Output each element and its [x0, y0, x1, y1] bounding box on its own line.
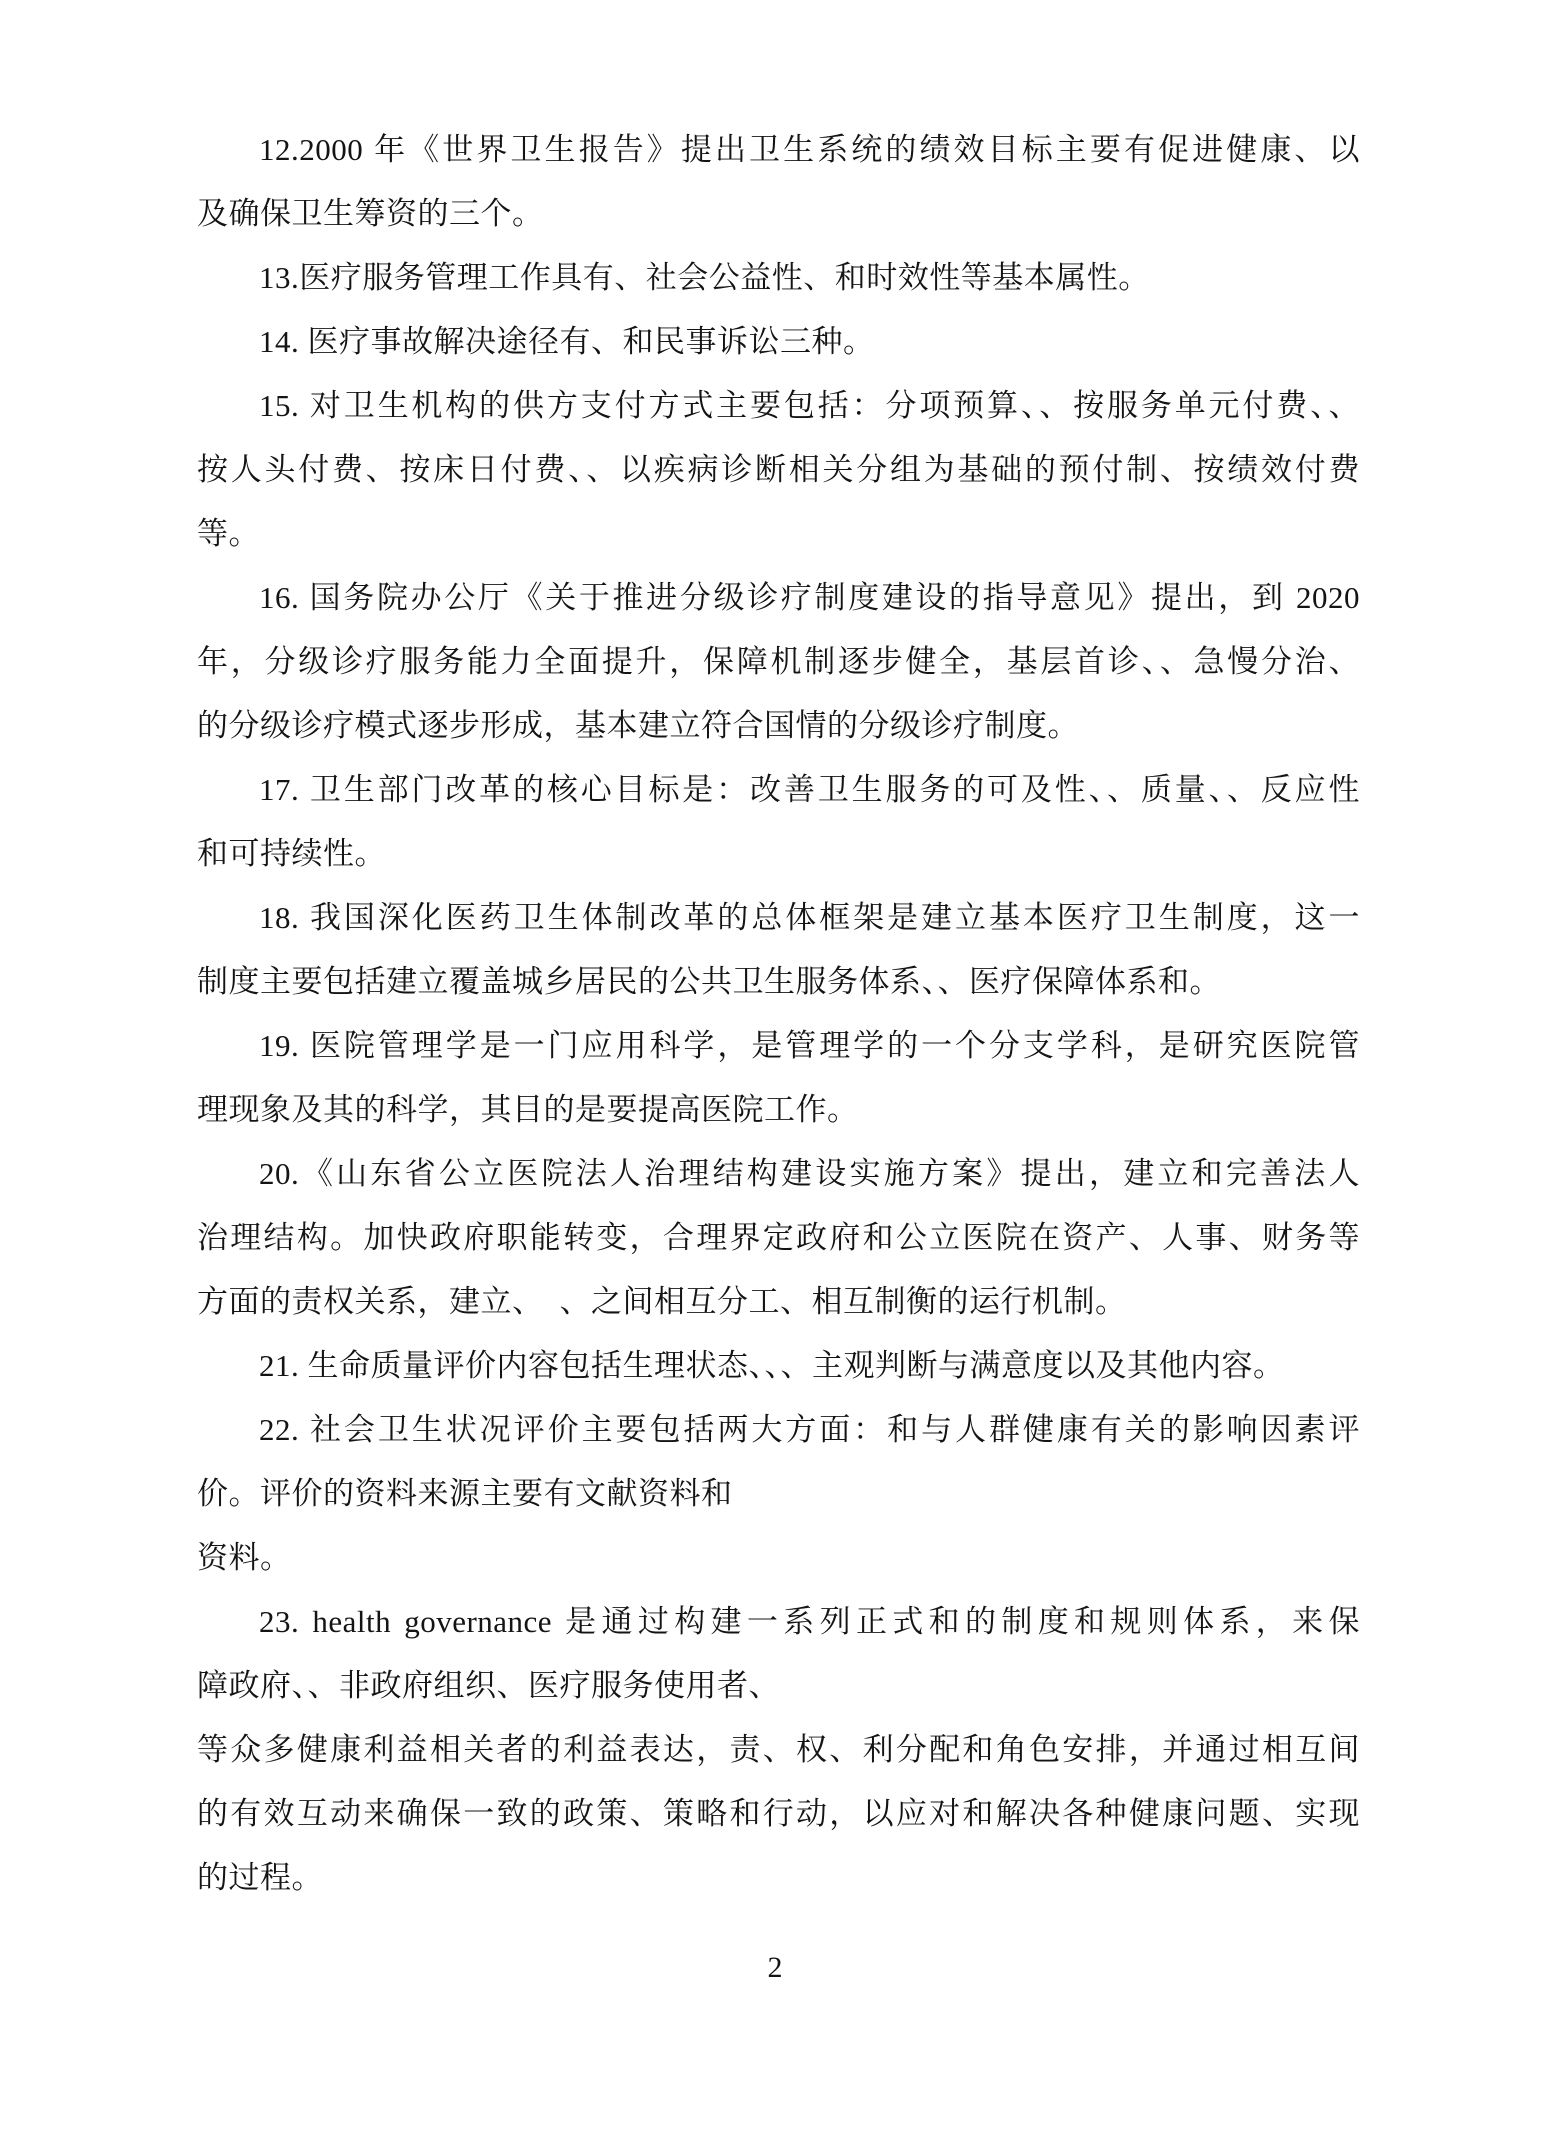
text-line: 理现象及其的科学，其目的是要提高医院工作。	[197, 1078, 1360, 1142]
text-line: 18. 我国深化医药卫生体制改革的总体框架是建立基本医疗卫生制度，这一	[197, 886, 1360, 950]
text-line: 14. 医疗事故解决途径有、和民事诉讼三种。	[197, 310, 1360, 374]
text-line: 的分级诊疗模式逐步形成，基本建立符合国情的分级诊疗制度。	[197, 694, 1360, 758]
text-line: 治理结构。加快政府职能转变，合理界定政府和公立医院在资产、人事、财务等	[197, 1206, 1360, 1270]
text-line: 及确保卫生筹资的三个。	[197, 182, 1360, 246]
text-line: 等。	[197, 502, 1360, 566]
text-line: 19. 医院管理学是一门应用科学，是管理学的一个分支学科，是研究医院管	[197, 1014, 1360, 1078]
text-line: 制度主要包括建立覆盖城乡居民的公共卫生服务体系、、医疗保障体系和。	[197, 950, 1360, 1014]
text-lines: 12.2000 年《世界卫生报告》提出卫生系统的绩效目标主要有促进健康、以及确保…	[197, 118, 1360, 1910]
text-line: 的过程。	[197, 1846, 1360, 1910]
text-line: 13.医疗服务管理工作具有、社会公益性、和时效性等基本属性。	[197, 246, 1360, 310]
text-line: 价。评价的资料来源主要有文献资料和	[197, 1462, 1360, 1526]
text-line: 15. 对卫生机构的供方支付方式主要包括：分项预算、、按服务单元付费、、	[197, 374, 1360, 438]
text-line: 12.2000 年《世界卫生报告》提出卫生系统的绩效目标主要有促进健康、以	[197, 118, 1360, 182]
text-line: 年，分级诊疗服务能力全面提升，保障机制逐步健全，基层首诊、、急慢分治、	[197, 630, 1360, 694]
page-number: 2	[0, 1938, 1550, 1998]
text-line: 和可持续性。	[197, 822, 1360, 886]
text-line: 方面的责权关系，建立、 、之间相互分工、相互制衡的运行机制。	[197, 1270, 1360, 1334]
text-line: 22. 社会卫生状况评价主要包括两大方面：和与人群健康有关的影响因素评	[197, 1398, 1360, 1462]
text-line: 17. 卫生部门改革的核心目标是：改善卫生服务的可及性、、质量、、反应性	[197, 758, 1360, 822]
text-line: 20.《山东省公立医院法人治理结构建设实施方案》提出，建立和完善法人	[197, 1142, 1360, 1206]
text-line: 16. 国务院办公厅《关于推进分级诊疗制度建设的指导意见》提出，到 2020	[197, 566, 1360, 630]
text-line: 资料。	[197, 1526, 1360, 1590]
text-line: 障政府、、非政府组织、医疗服务使用者、	[197, 1654, 1360, 1718]
text-line: 等众多健康利益相关者的利益表达，责、权、利分配和角色安排，并通过相互间	[197, 1718, 1360, 1782]
text-line: 按人头付费、按床日付费、、以疾病诊断相关分组为基础的预付制、按绩效付费	[197, 438, 1360, 502]
text-line: 的有效互动来确保一致的政策、策略和行动，以应对和解决各种健康问题、实现	[197, 1782, 1360, 1846]
text-line: 21. 生命质量评价内容包括生理状态、、、主观判断与满意度以及其他内容。	[197, 1334, 1360, 1398]
document-page: 12.2000 年《世界卫生报告》提出卫生系统的绩效目标主要有促进健康、以及确保…	[0, 0, 1550, 2150]
text-line: 23. health governance 是通过构建一系列正式和的制度和规则体…	[197, 1590, 1360, 1654]
